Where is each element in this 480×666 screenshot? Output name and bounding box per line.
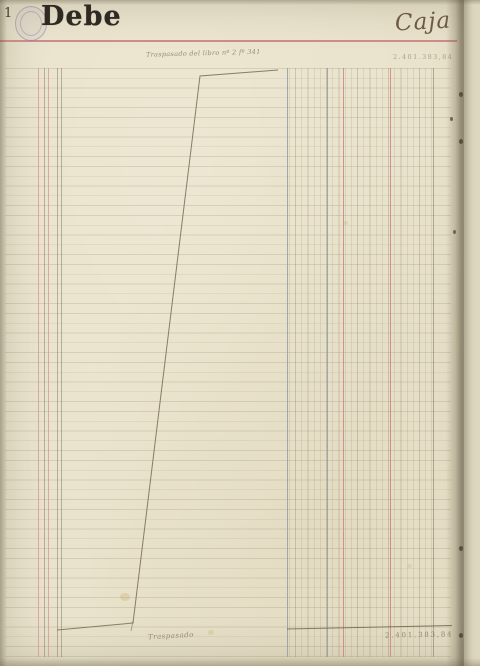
- paper-stain-2: [208, 630, 214, 635]
- column-divider-red-2: [390, 68, 391, 657]
- next-page-edge: [464, 0, 480, 666]
- margin-line-red-2: [48, 68, 49, 657]
- scan-edge-left: [0, 0, 7, 666]
- book-gutter-shadow: [446, 0, 465, 666]
- column-divider-blue-2: [327, 68, 328, 657]
- ink-stamp-inner-ring: [20, 11, 42, 36]
- scan-edge-bottom: [0, 658, 480, 666]
- binding-stitch-3: [459, 546, 463, 551]
- column-divider-red-1: [343, 68, 344, 657]
- margin-line-gray-1: [44, 68, 45, 657]
- page-title-debe: Debe: [41, 1, 122, 32]
- margin-line-gray-2: [57, 68, 58, 657]
- ledger-page-scan: 1 Debe Caja Traspasado del libro nº 2 fº…: [0, 0, 480, 666]
- scan-edge-top: [0, 0, 480, 5]
- carry-forward-amount-top: 2.401.383,84: [393, 53, 453, 61]
- paper-stain-3: [343, 221, 348, 225]
- paper-stain-4: [407, 564, 412, 568]
- paper-stain-1: [120, 593, 130, 601]
- margin-line-gray-3: [61, 68, 62, 657]
- binding-stitch-1: [459, 92, 463, 97]
- money-column-ruling: [289, 68, 432, 657]
- margin-line-red-1: [38, 68, 39, 657]
- binding-stitch-2: [459, 139, 463, 144]
- carry-forward-note-top: Traspasado del libro nº 2 fº 341: [146, 47, 276, 58]
- column-divider-blue-1: [287, 68, 288, 657]
- carry-forward-amount-bottom: 2.401.383,84: [385, 630, 451, 639]
- header-red-rule: [0, 40, 457, 42]
- page-title-caja: Caja: [394, 8, 451, 37]
- binding-stitch-4: [459, 633, 463, 638]
- column-end-line: [433, 68, 434, 657]
